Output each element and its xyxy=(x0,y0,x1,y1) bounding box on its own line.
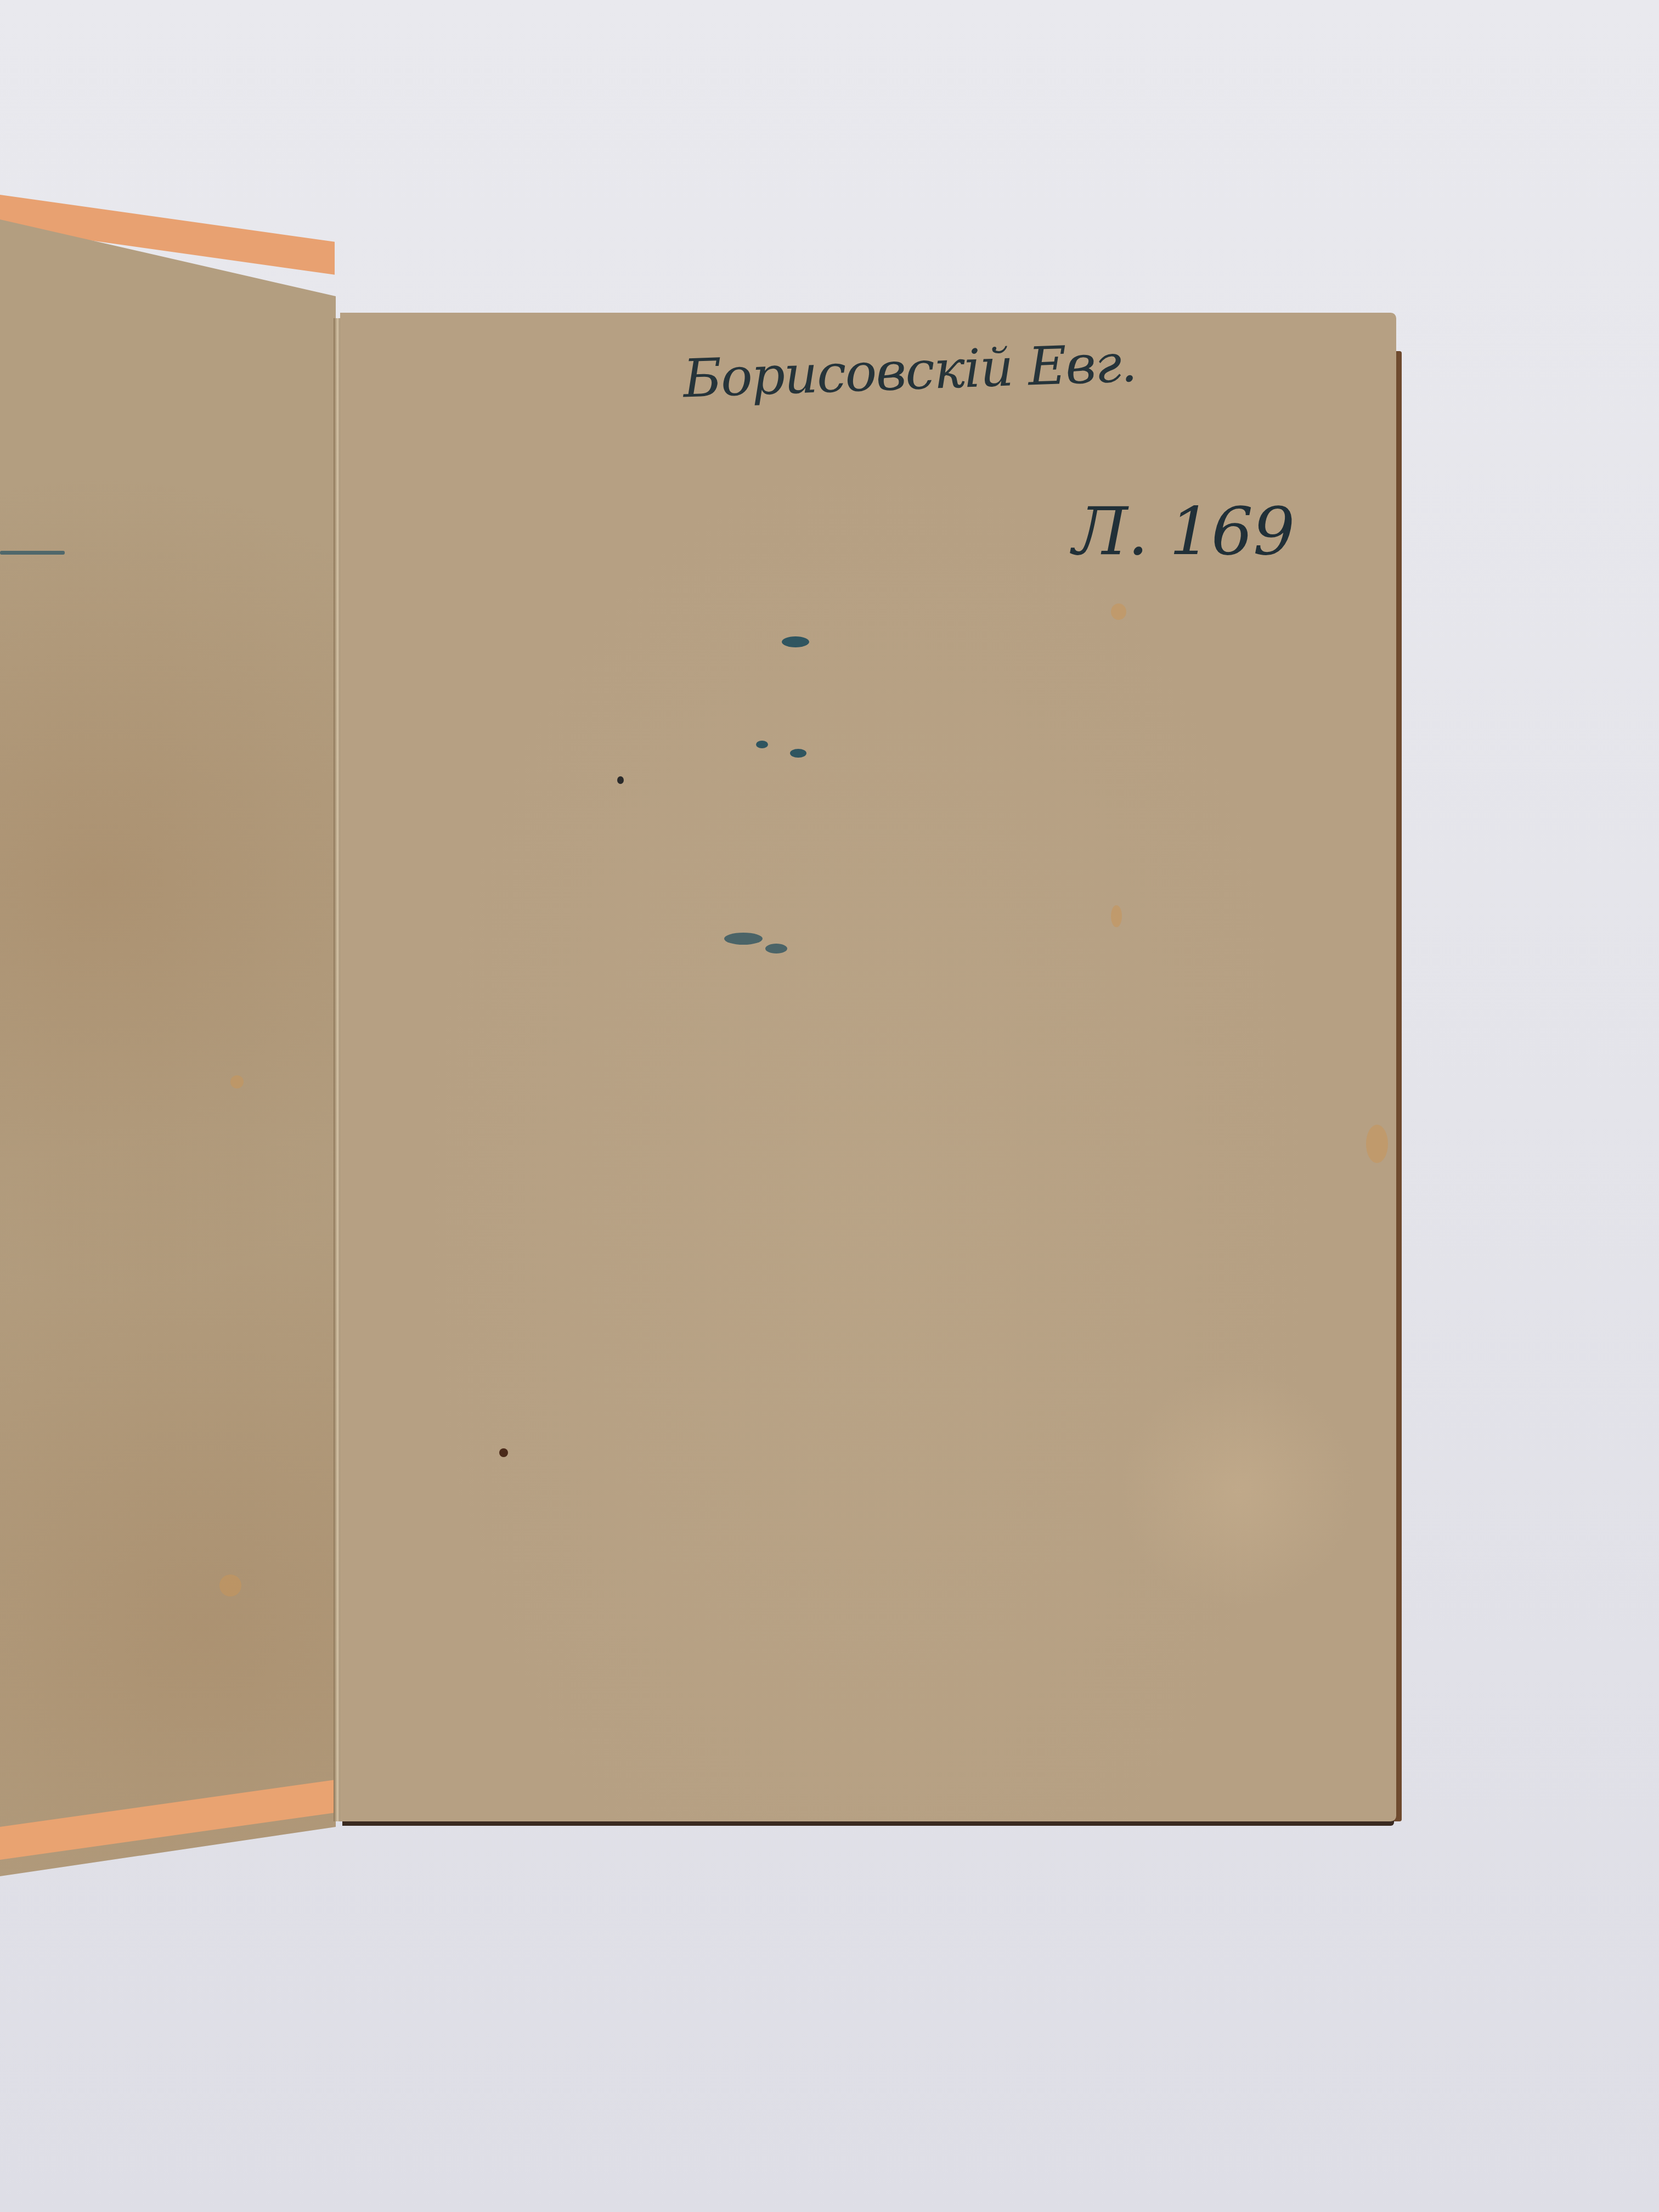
foxing-stain xyxy=(1111,905,1122,927)
photo-scene: Борисовскiй Евг. Л. 169 xyxy=(0,0,1659,2212)
left-ink-mark xyxy=(0,551,65,555)
ink-spot xyxy=(617,776,624,784)
foxing-stain xyxy=(1111,603,1126,620)
shelf-mark: Л. 169 xyxy=(1073,494,1295,570)
foxing-stain xyxy=(1366,1125,1388,1163)
left-flyleaf xyxy=(0,219,336,1876)
ink-spot xyxy=(499,1448,508,1457)
ink-spot xyxy=(756,741,768,748)
ink-spot xyxy=(765,944,787,953)
ink-spot xyxy=(782,636,809,647)
foxing-stain xyxy=(219,1575,241,1596)
ink-spot xyxy=(790,749,806,758)
foxing-stain xyxy=(230,1075,244,1088)
ink-spot xyxy=(724,933,763,945)
